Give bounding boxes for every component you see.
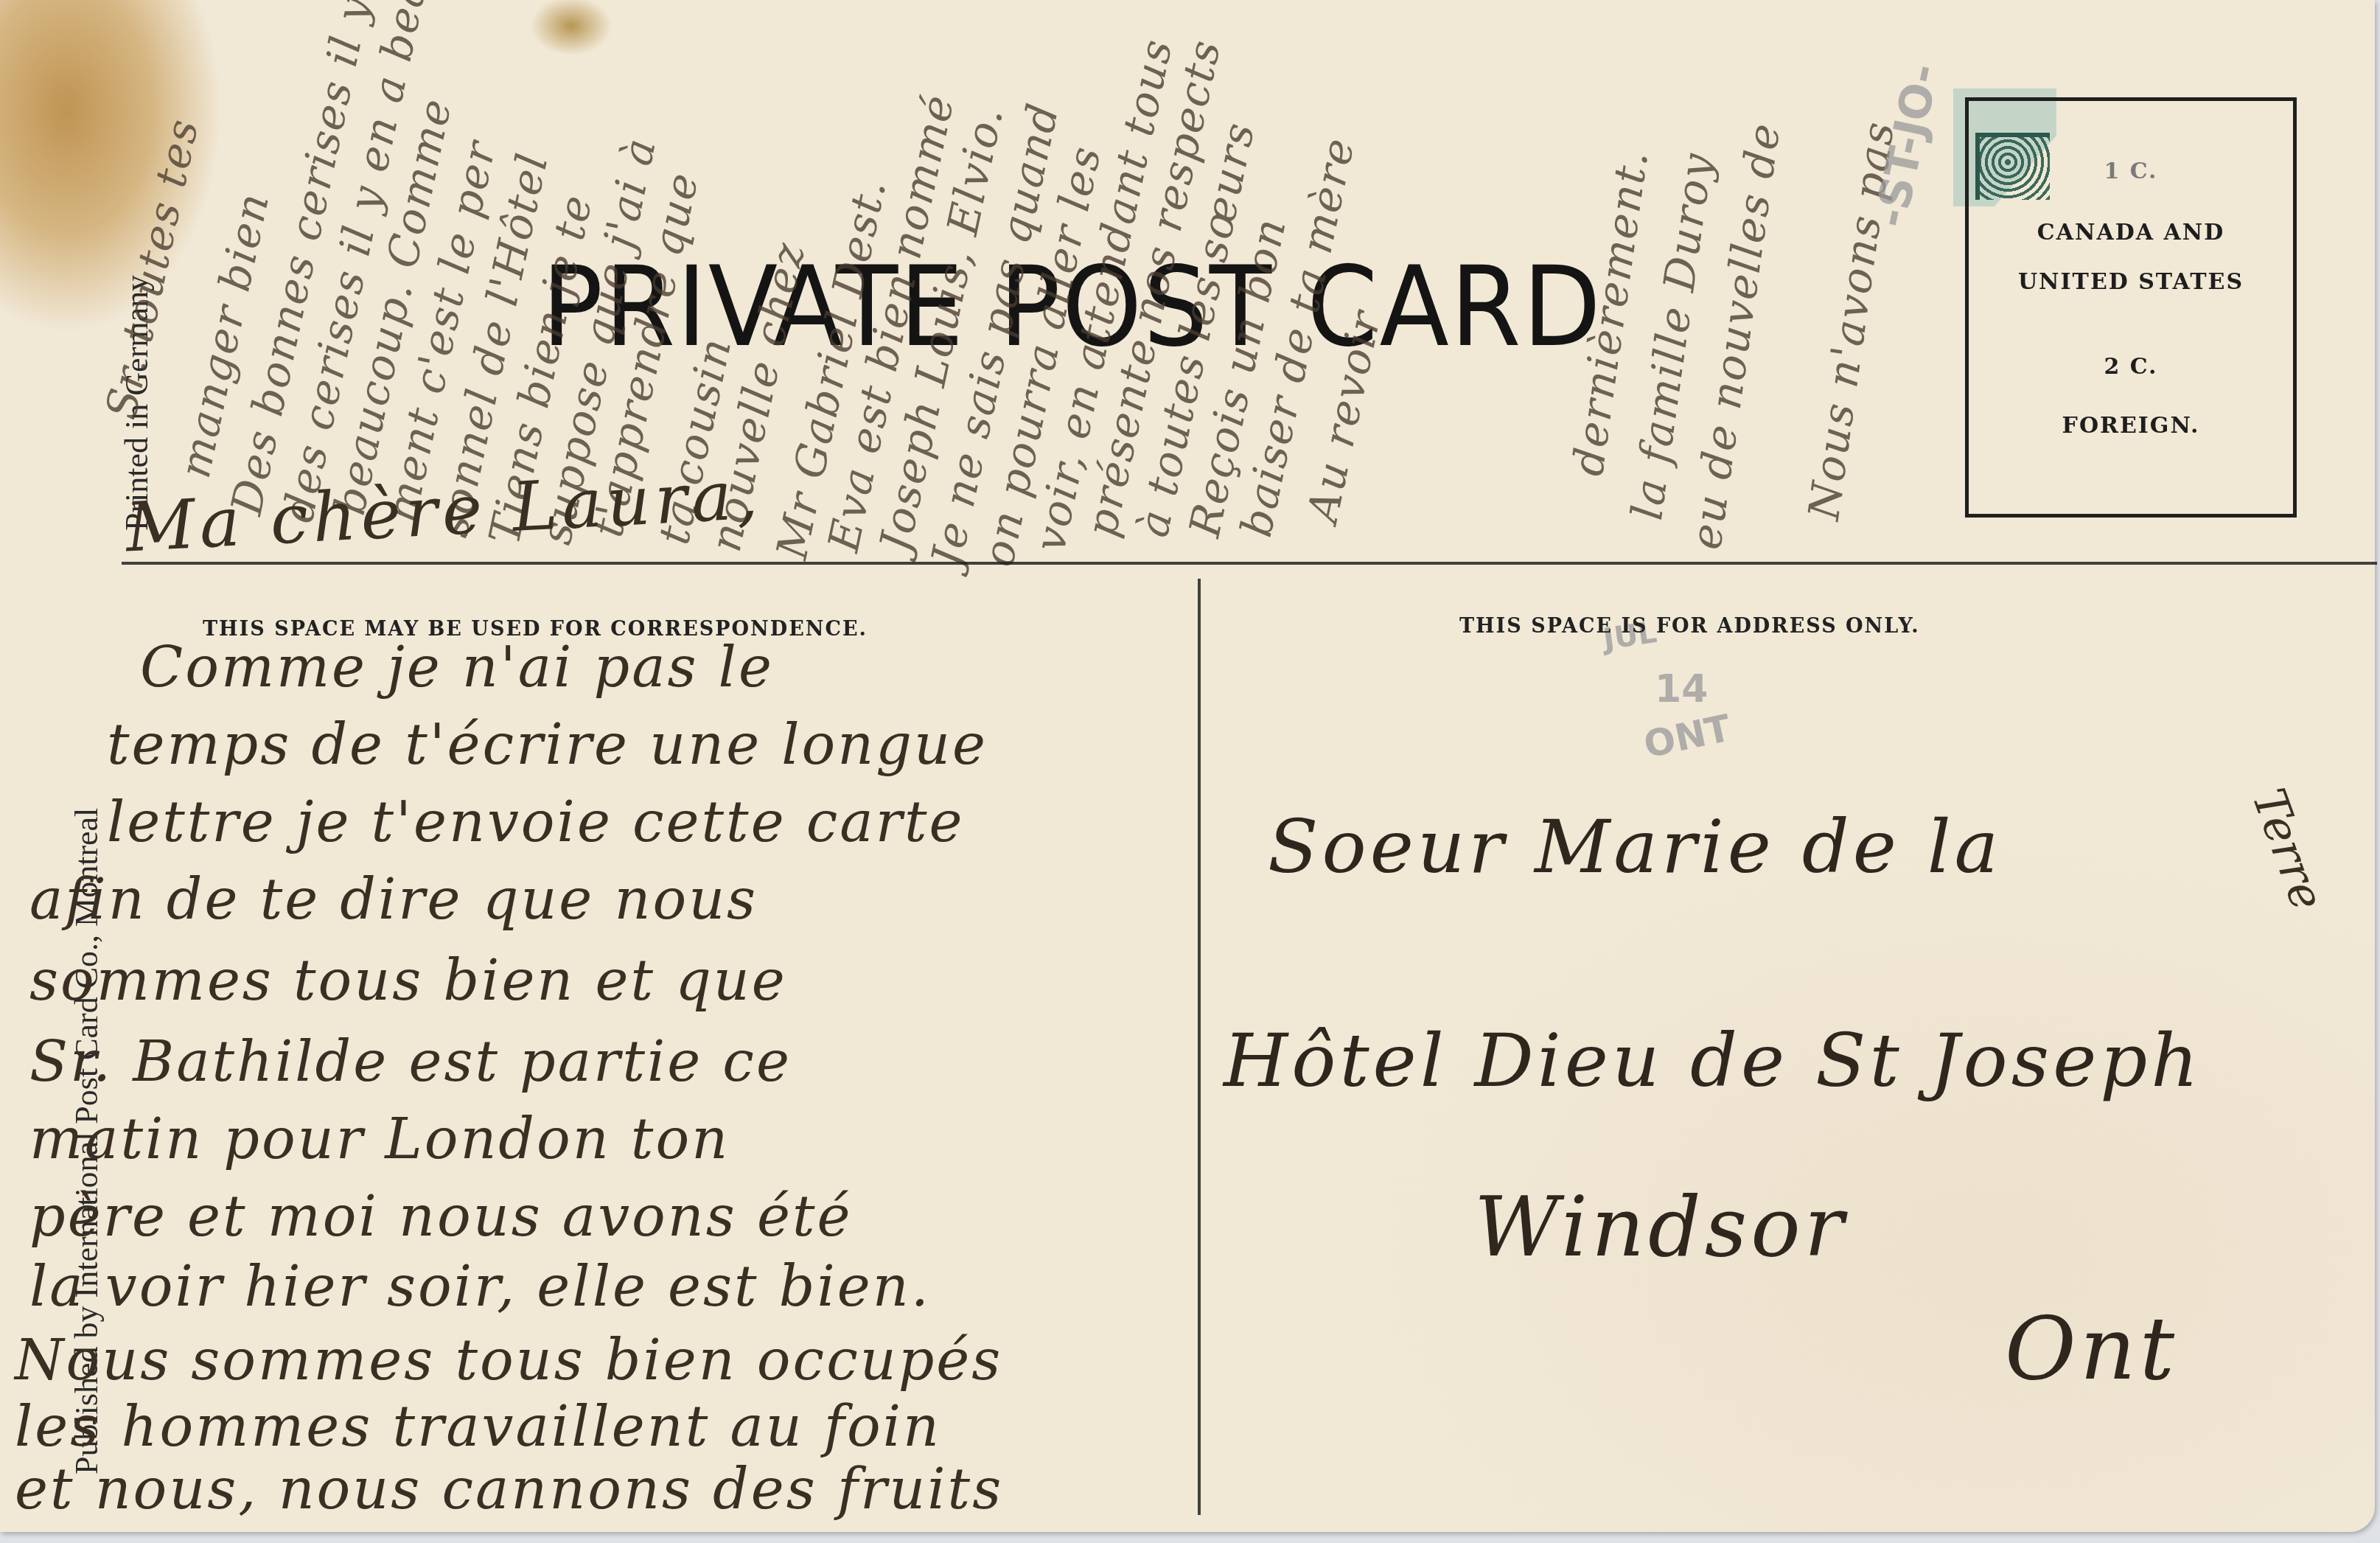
message-line: temps de t'écrire une longue [107,711,988,777]
horizontal-divider [122,562,2377,565]
address-recipient-continued: Terre [2241,781,2334,917]
address-province: Ont [2005,1298,2178,1399]
stamp-region-line2: UNITED STATES [1965,269,2297,295]
postcard-back: PRIVATE POST CARD Published by Internati… [0,0,2375,1532]
address-recipient: Soeur Marie de la [1268,804,2002,890]
stamp-rate-domestic: 1 C. [1965,159,2297,184]
message-line: Comme je n'ai pas le [140,634,774,700]
message-line: afin de te dire que nous [29,866,758,932]
vertical-divider [1198,579,1201,1515]
message-line: père et moi nous avons été [29,1183,852,1249]
message-line: les hommes travaillent au foin [15,1393,941,1459]
message-line: Nous sommes tous bien occupés [15,1327,1002,1393]
postmark-province: ONT [1640,706,1734,766]
stamp-foreign-label: FOREIGN. [1965,413,2297,439]
message-line: lettre je t'envoie cette carte [107,789,965,854]
message-line: Sr. Bathilde est partie ce [29,1028,792,1094]
address-city: Windsor [1474,1180,1847,1275]
message-line: sommes tous bien et que [29,947,787,1013]
message-line: matin pour London ton [29,1106,730,1171]
address-institution: Hôtel Dieu de St Joseph [1224,1017,2202,1104]
stamp-region-line1: CANADA AND [1965,220,2297,245]
message-line: et nous, nous cannons des fruits [15,1456,1003,1522]
stamp-rate-foreign: 2 C. [1965,354,2297,380]
message-line: la voir hier soir, elle est bien. [29,1253,931,1319]
address-caption: THIS SPACE IS FOR ADDRESS ONLY. [1459,615,1920,638]
postmark-day: 14 [1655,667,1708,711]
